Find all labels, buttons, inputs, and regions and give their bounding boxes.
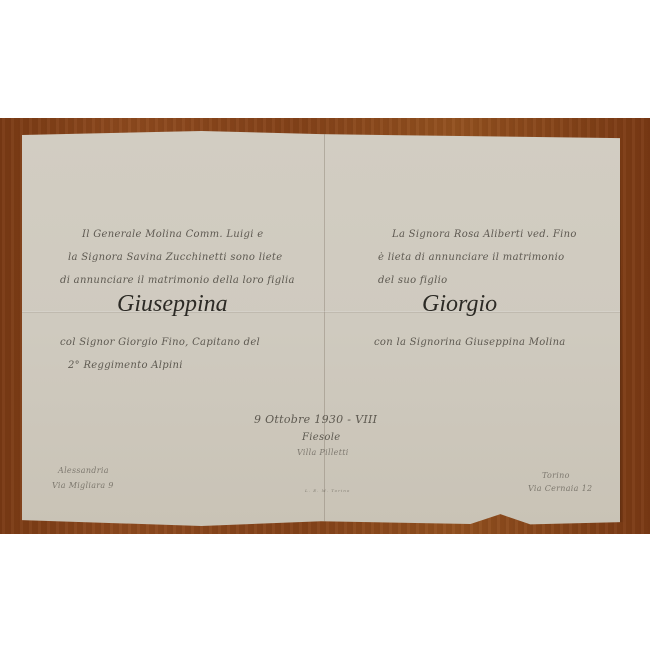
left-line-3: di annunciare il matrimonio della loro f… [60, 275, 295, 286]
wedding-place: Fiesole [302, 432, 340, 443]
horizontal-fold [22, 311, 620, 313]
bride-name: Giuseppina [117, 291, 228, 318]
right-line-3: del suo figlio [378, 275, 447, 286]
right-line-1: La Signora Rosa Aliberti ved. Fino [392, 229, 577, 240]
vertical-fold [324, 131, 325, 526]
right-address-city: Torino [542, 471, 570, 480]
right-address-street: Via Cernaia 12 [528, 484, 592, 493]
announcement-paper: Il Generale Molina Comm. Luigi e la Sign… [22, 131, 620, 526]
left-line-4: col Signor Giorgio Fino, Capitano del [60, 337, 260, 348]
right-line-2: è lieta di annunciare il matrimonio [378, 252, 564, 263]
left-address-street: Via Migliara 9 [52, 481, 114, 490]
left-line-2: la Signora Savina Zucchinetti sono liete [68, 252, 282, 263]
printer-mark: L. E. M. Torino [305, 488, 350, 493]
left-address-city: Alessandria [58, 466, 109, 475]
wedding-venue: Villa Pilletti [297, 448, 349, 457]
right-line-4: con la Signorina Giuseppina Molina [374, 337, 566, 348]
left-line-5: 2° Reggimento Alpini [68, 360, 183, 371]
wedding-date: 9 Ottobre 1930 - VIII [254, 413, 377, 426]
wood-background: Il Generale Molina Comm. Luigi e la Sign… [0, 118, 650, 534]
groom-name: Giorgio [422, 291, 497, 318]
left-line-1: Il Generale Molina Comm. Luigi e [82, 229, 263, 240]
